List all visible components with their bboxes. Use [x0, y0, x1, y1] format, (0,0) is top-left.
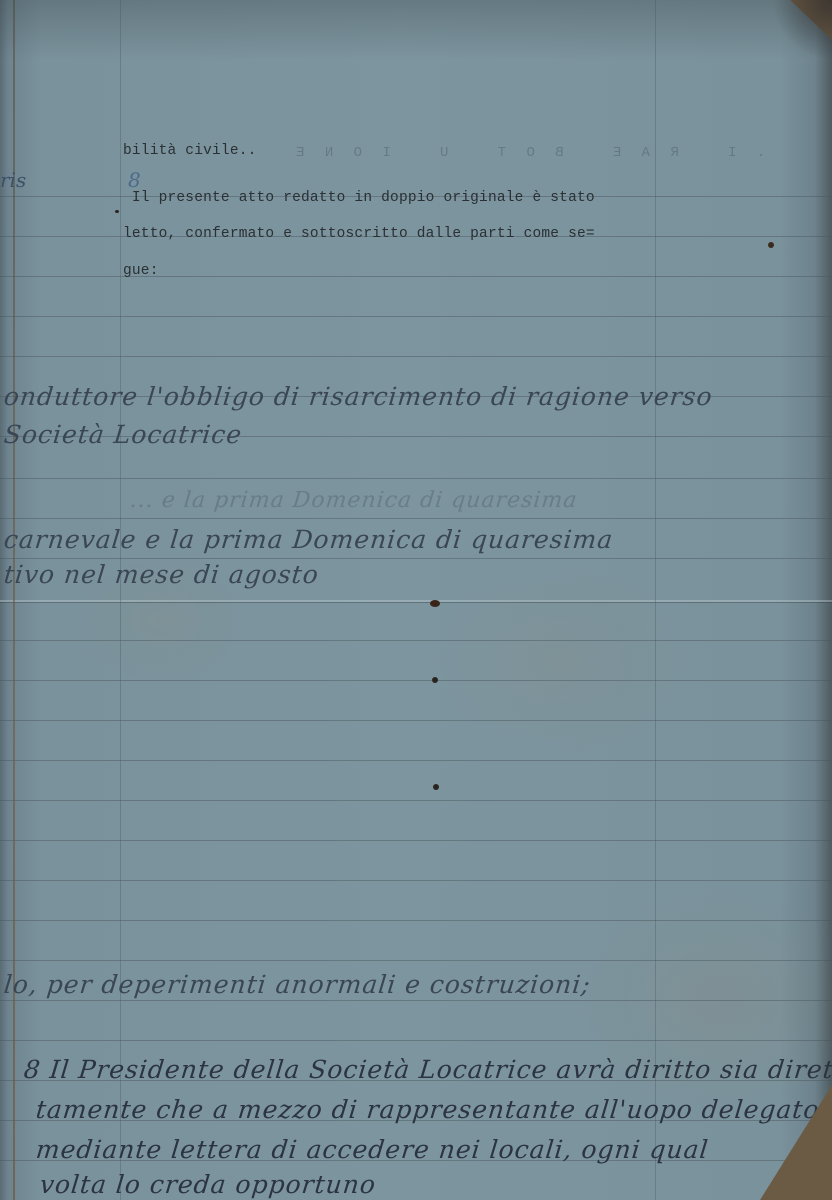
typed-line-3: letto, confermato e sottoscritto dalle p…	[123, 226, 595, 242]
ruled-line	[0, 960, 832, 961]
ruled-line	[0, 760, 832, 761]
ruled-line	[0, 558, 832, 559]
ruled-line	[0, 1040, 832, 1041]
numeral-annotation: 8	[128, 168, 141, 192]
handwritten-line: 8 Il Presidente della Società Locatrice …	[22, 1055, 832, 1084]
ruled-line	[0, 720, 832, 721]
typed-line-4: gue:	[123, 263, 159, 279]
ink-speck	[430, 600, 440, 607]
ruled-line	[0, 1000, 832, 1001]
ruled-line	[0, 680, 832, 681]
handwritten-line: volta lo creda opportuno	[38, 1170, 377, 1199]
page-fold	[0, 600, 832, 602]
handwritten-line: tivo nel mese di agosto	[2, 560, 320, 589]
ruled-line	[0, 316, 832, 317]
ruled-line	[0, 800, 832, 801]
ink-speck	[768, 242, 774, 248]
page-shadow	[0, 0, 832, 60]
handwritten-line: lo, per deperimenti anormali e costruzio…	[2, 970, 592, 999]
handwritten-line: mediante lettera di accedere nei locali,…	[34, 1135, 710, 1164]
ruled-line	[0, 920, 832, 921]
handwritten-line: Società Locatrice	[2, 420, 243, 449]
ink-speck	[115, 210, 119, 213]
ruled-line	[0, 640, 832, 641]
ink-speck	[433, 784, 439, 790]
typed-line-1: bilità civile..	[123, 143, 257, 159]
ruled-line	[0, 518, 832, 519]
faint-handwritten-line: ... e la prima Domenica di quaresima	[129, 488, 579, 513]
handwritten-line: tamente che a mezzo di rappresentante al…	[34, 1095, 821, 1124]
bleed-through-text: . I R A E B O T U I O N E	[290, 145, 765, 161]
ruled-line	[0, 356, 832, 357]
document-page: . I R A E B O T U I O N E bilità civile.…	[0, 0, 832, 1200]
vertical-rule	[655, 0, 656, 1200]
vertical-rule	[120, 0, 121, 1200]
handwritten-line: carnevale e la prima Domenica di quaresi…	[2, 525, 614, 554]
margin-annotation: ris	[0, 168, 26, 192]
typed-line-2: Il presente atto redatto in doppio origi…	[123, 190, 595, 206]
corner-shadow	[772, 0, 832, 60]
ruled-line	[0, 840, 832, 841]
ink-speck	[432, 677, 438, 683]
ruled-line	[0, 478, 832, 479]
ruled-line	[0, 880, 832, 881]
handwritten-line: onduttore l'obbligo di risarcimento di r…	[2, 382, 714, 411]
